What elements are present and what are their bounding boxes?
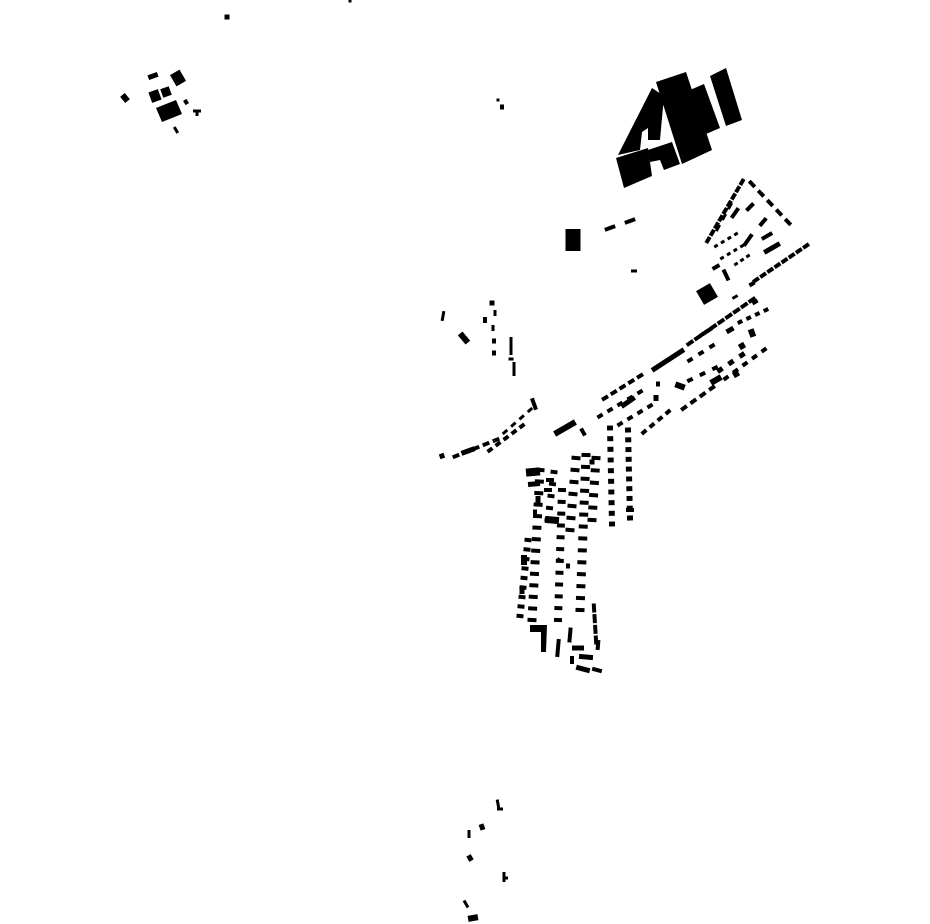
figure-ground-map bbox=[0, 0, 930, 924]
background bbox=[0, 0, 930, 924]
building-footprints bbox=[0, 0, 930, 924]
